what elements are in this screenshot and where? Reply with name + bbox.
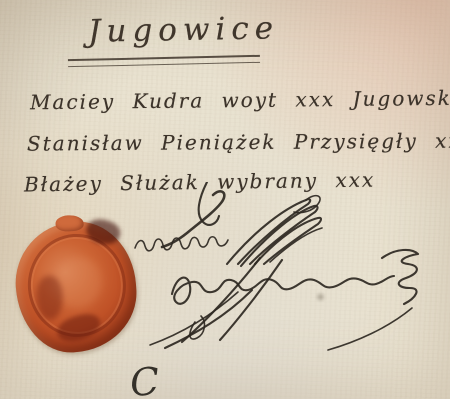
manuscript-line-2: Stanisław Pieniążek Przysięgły xxx [27,128,450,155]
partial-letter: C [129,359,161,399]
signature-flourishes [110,182,450,399]
line3-descender-loop [199,182,219,225]
z-flourish [382,250,418,304]
signature-descender [182,258,260,342]
ink-smudge [315,292,326,302]
document-title: Jugowice [88,10,280,49]
crosshatch-flourish [227,199,310,264]
wax-seal-bump [55,214,84,232]
signature-scribble [135,237,228,251]
z-flourish-tail [328,308,412,350]
title-underline [68,55,260,67]
main-signature-flourish [172,276,394,304]
manuscript-line-1: Maciey Kudra woyt xxx Jugowski [30,86,450,115]
manuscript-page: Jugowice Maciey Kudra woyt xxx Jugowski … [0,0,450,399]
crosshatch-flourish [270,228,322,262]
